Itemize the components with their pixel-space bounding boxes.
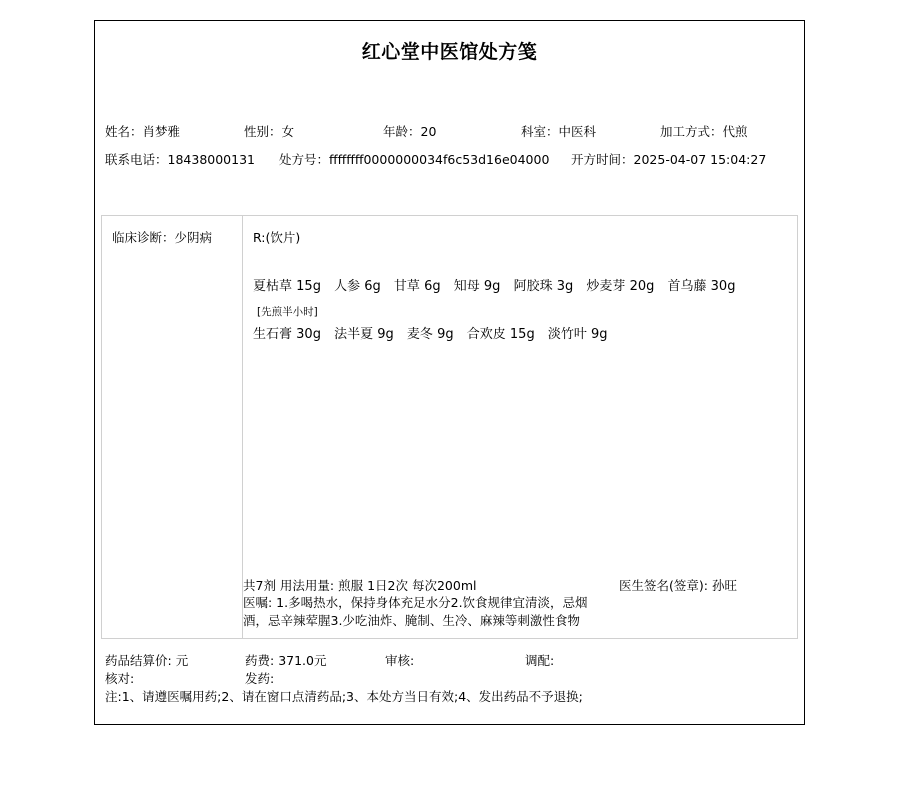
diagnosis-value: 少阴病	[175, 230, 213, 245]
herb-item: 夏枯草 15g	[253, 279, 321, 294]
dept-value: 中医科	[559, 124, 597, 139]
age-label: 年龄：	[383, 124, 421, 139]
diagnosis-label: 临床诊断：	[112, 230, 175, 245]
prescribe-time: 开方时间：2025-04-07 15:04:27	[571, 150, 766, 168]
age-value: 20	[421, 124, 437, 139]
herb-line-2: 生石膏 30g 法半夏 9g 麦冬 9g 合欢皮 15g 淡竹叶 9g	[253, 323, 617, 342]
prescription-sheet: 红心堂中医馆处方笺 姓名：肖梦雅 性别：女 年龄：20 科室：中医科 加工方式：…	[94, 20, 805, 725]
herb-item: 生石膏 30g	[253, 327, 321, 342]
prescription-table: 临床诊断：少阴病 R:(饮片) 夏枯草 15g 人参 6g 甘草 6g 知母 9…	[101, 215, 798, 639]
decoction-note: [先煎半小时]	[257, 304, 318, 319]
phone-label: 联系电话：	[105, 152, 168, 167]
rx-no-label: 处方号：	[279, 152, 329, 167]
drug-fee: 药费: 371.0元	[245, 651, 326, 669]
process-label: 加工方式：	[660, 124, 723, 139]
page-title: 红心堂中医馆处方笺	[95, 37, 804, 64]
herb-item: 炒麦芽 20g	[586, 279, 654, 294]
herb-item: 首乌藤 30g	[668, 279, 736, 294]
herb-line-1: 夏枯草 15g 人参 6g 甘草 6g 知母 9g 阿胶珠 3g 炒麦芽 20g…	[253, 275, 744, 294]
prescription-area: R:(饮片) 夏枯草 15g 人参 6g 甘草 6g 知母 9g 阿胶珠 3g …	[243, 216, 797, 638]
time-value: 2025-04-07 15:04:27	[634, 152, 767, 167]
herb-item: 合欢皮 15g	[467, 327, 535, 342]
review-field: 审核:	[385, 651, 414, 669]
gender-value: 女	[282, 124, 295, 139]
herb-item: 知母 9g	[454, 279, 501, 294]
usage-dosage: 共7剂 用法用量: 煎服 1日2次 每次200ml	[243, 576, 476, 594]
time-label: 开方时间：	[571, 152, 634, 167]
issue-field: 发药:	[245, 669, 274, 687]
process-value: 代煎	[723, 124, 748, 139]
rx-no-value: ffffffff0000000034f6c53d16e04000	[329, 152, 549, 167]
patient-name: 姓名：肖梦雅	[105, 122, 180, 140]
doctor-signature: 医生签名(签章): 孙旺	[619, 576, 737, 594]
patient-phone: 联系电话：18438000131	[105, 150, 255, 168]
prescription-number: 处方号：ffffffff0000000034f6c53d16e04000	[279, 150, 549, 168]
patient-gender: 性别：女	[244, 122, 294, 140]
settlement-price: 药品结算价: 元	[105, 651, 188, 669]
doctor-name: 孙旺	[712, 578, 737, 593]
patient-dept: 科室：中医科	[521, 122, 596, 140]
dept-label: 科室：	[521, 124, 559, 139]
herb-item: 麦冬 9g	[407, 327, 454, 342]
clinical-diagnosis: 临床诊断：少阴病	[112, 228, 212, 246]
phone-value: 18438000131	[168, 152, 255, 167]
medical-advice: 医嘱: 1.多喝热水，保持身体充足水分2.饮食规律宜清淡，忌烟酒，忌辛辣荤腥3.…	[243, 594, 603, 630]
check-field: 核对:	[105, 669, 134, 687]
gender-label: 性别：	[244, 124, 282, 139]
name-label: 姓名：	[105, 124, 143, 139]
herb-item: 淡竹叶 9g	[548, 327, 608, 342]
herb-item: 甘草 6g	[394, 279, 441, 294]
footer-notice: 注:1、请遵医嘱用药;2、请在窗口点清药品;3、本处方当日有效;4、发出药品不予…	[105, 687, 583, 705]
rx-type-label: R:(饮片)	[253, 228, 300, 246]
process-method: 加工方式：代煎	[660, 122, 748, 140]
name-value: 肖梦雅	[143, 124, 181, 139]
herb-item: 法半夏 9g	[334, 327, 394, 342]
patient-age: 年龄：20	[383, 122, 436, 140]
doctor-label: 医生签名(签章):	[619, 578, 712, 593]
dispense-field: 调配:	[525, 651, 554, 669]
herb-item: 阿胶珠 3g	[514, 279, 574, 294]
herb-item: 人参 6g	[334, 279, 381, 294]
